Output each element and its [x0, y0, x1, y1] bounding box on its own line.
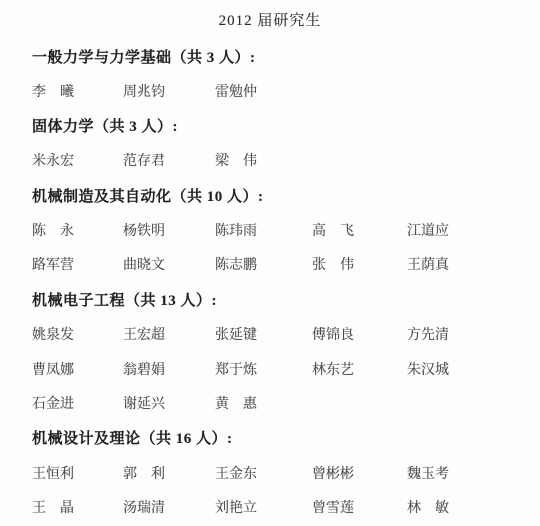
section-header: 一般力学与力学基础（共 3 人）: [32, 39, 540, 74]
student-row: 路军营曲晓文陈志鹏张 伟王荫真 [32, 247, 540, 282]
student-name: 王荫真 [407, 254, 540, 274]
student-name: 朱汉城 [407, 359, 540, 379]
student-name: 周兆钧 [123, 81, 215, 101]
major-section: 机械制造及其自动化（共 10 人）: 陈 永杨铁明陈玮雨高 飞江道应路军营曲晓文… [32, 178, 540, 282]
student-name: 翁碧娟 [123, 359, 215, 379]
student-name: 江道应 [407, 220, 540, 240]
student-name: 石金进 [32, 393, 123, 413]
student-name: 刘艳立 [215, 497, 312, 517]
student-name: 林东艺 [312, 359, 407, 379]
student-name: 王金东 [215, 463, 312, 483]
student-name: 雷勉仲 [215, 81, 312, 101]
page-title: 2012 届研究生 [0, 0, 540, 39]
major-section: 机械设计及理论（共 16 人）: 王恒利郭 利王金东曾彬彬魏玉考王 晶汤瑞清刘艳… [32, 421, 540, 525]
student-row: 王 晶汤瑞清刘艳立曾雪莲林 敏 [32, 490, 540, 525]
document-page: 2012 届研究生 一般力学与力学基础（共 3 人）: 李 曦周兆钧雷勉仲 固体… [0, 0, 540, 526]
student-name: 曾彬彬 [312, 463, 407, 483]
student-name: 高 飞 [312, 220, 407, 240]
student-name: 王恒利 [32, 463, 123, 483]
student-row: 姚泉发王宏超张延键傅锦良方先清 [32, 317, 540, 352]
student-name: 李 曦 [32, 81, 123, 101]
section-header: 机械制造及其自动化（共 10 人）: [32, 178, 540, 213]
student-name: 陈志鹏 [215, 254, 312, 274]
student-name: 王宏超 [123, 324, 215, 344]
student-name: 曲晓文 [123, 254, 215, 274]
student-name: 范存君 [123, 150, 215, 170]
student-row: 王恒利郭 利王金东曾彬彬魏玉考 [32, 455, 540, 490]
student-name: 陈 永 [32, 220, 123, 240]
student-name: 张 伟 [312, 254, 407, 274]
student-name: 路军营 [32, 254, 123, 274]
student-name: 方先清 [407, 324, 540, 344]
student-name: 陈玮雨 [215, 220, 312, 240]
student-name: 张延键 [215, 324, 312, 344]
student-row: 米永宏范存君梁 伟 [32, 143, 540, 178]
section-header: 固体力学（共 3 人）: [32, 108, 540, 143]
student-row: 陈 永杨铁明陈玮雨高 飞江道应 [32, 212, 540, 247]
section-header: 机械设计及理论（共 16 人）: [32, 421, 540, 456]
major-section: 固体力学（共 3 人）: 米永宏范存君梁 伟 [32, 108, 540, 177]
student-name: 郭 利 [123, 463, 215, 483]
student-name: 米永宏 [32, 150, 123, 170]
student-name: 曹凤娜 [32, 359, 123, 379]
student-name: 魏玉考 [407, 463, 540, 483]
student-name: 梁 伟 [215, 150, 312, 170]
student-name: 杨铁明 [123, 220, 215, 240]
section-header: 机械电子工程（共 13 人）: [32, 282, 540, 317]
student-name: 郑于炼 [215, 359, 312, 379]
student-name: 姚泉发 [32, 324, 123, 344]
major-section: 一般力学与力学基础（共 3 人）: 李 曦周兆钧雷勉仲 [32, 39, 540, 108]
student-row: 曹凤娜翁碧娟郑于炼林东艺朱汉城 [32, 351, 540, 386]
student-name: 曾雪莲 [312, 497, 407, 517]
student-name: 傅锦良 [312, 324, 407, 344]
student-list: 一般力学与力学基础（共 3 人）: 李 曦周兆钧雷勉仲 固体力学（共 3 人）:… [32, 39, 540, 525]
major-section: 机械电子工程（共 13 人）: 姚泉发王宏超张延键傅锦良方先清曹凤娜翁碧娟郑于炼… [32, 282, 540, 421]
student-row: 石金进谢延兴黄 惠 [32, 386, 540, 421]
student-name: 黄 惠 [215, 393, 312, 413]
student-name: 汤瑞清 [123, 497, 215, 517]
student-name: 谢延兴 [123, 393, 215, 413]
student-name: 林 敏 [407, 497, 540, 517]
student-row: 李 曦周兆钧雷勉仲 [32, 74, 540, 109]
student-name: 王 晶 [32, 497, 123, 517]
